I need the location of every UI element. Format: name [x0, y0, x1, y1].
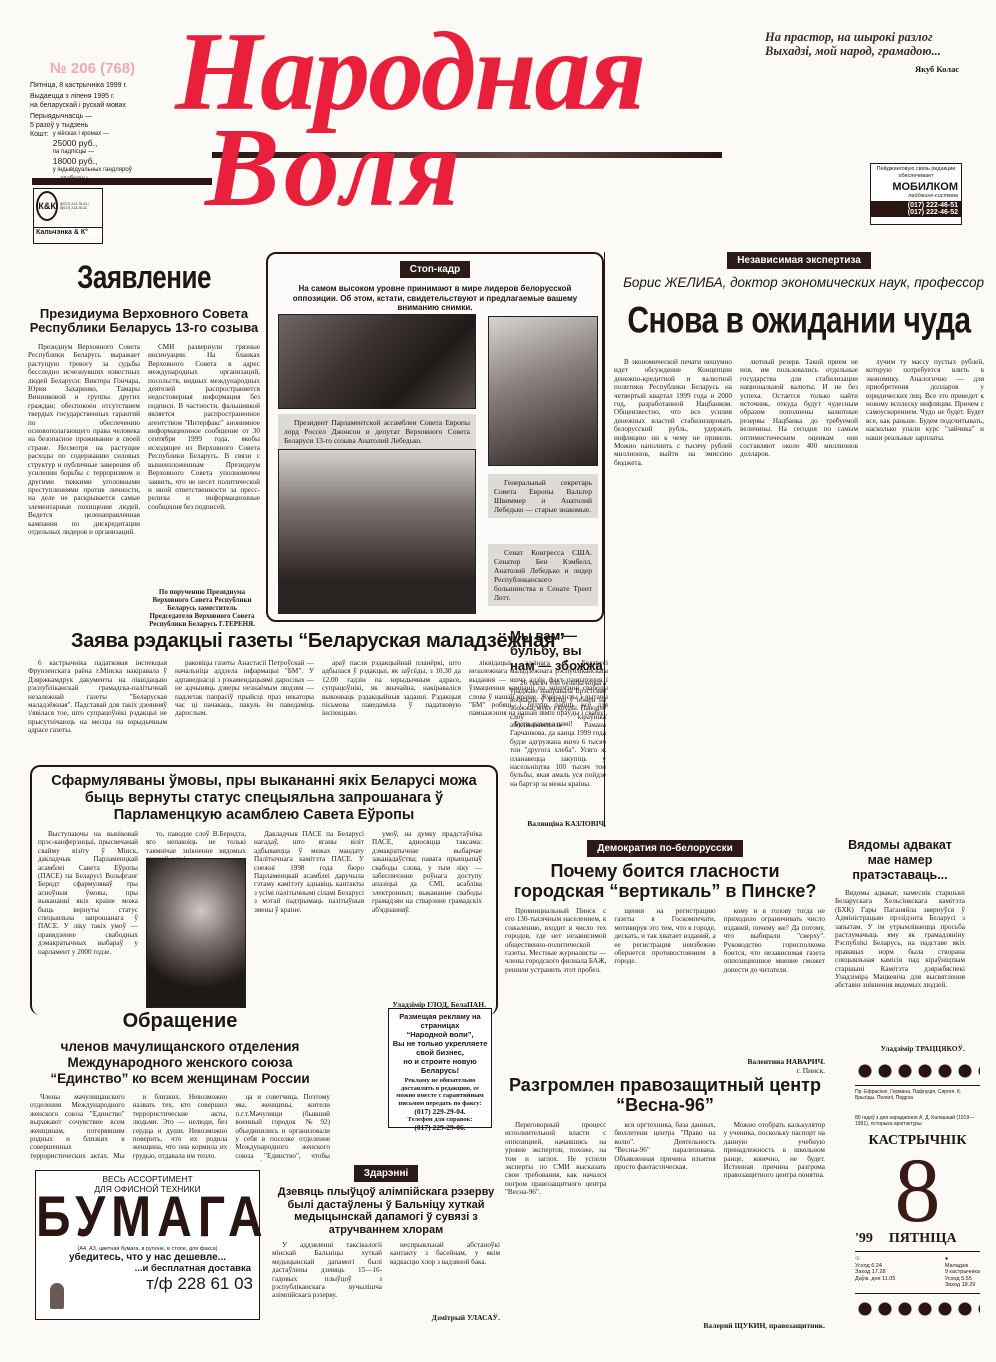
- calendar-year: '99: [855, 1231, 873, 1247]
- obrashchenie-col-3: ца и советчица. Поэтому мы, женщины, жит…: [235, 1093, 330, 1161]
- bumaga-phone: т/ф 228 61 03: [36, 1274, 259, 1294]
- calendar-names: Пр. Ефрасінні, Германа, Пафнуція, Сяргея…: [855, 1089, 980, 1101]
- calendar-day: 8: [855, 1149, 980, 1231]
- incident-col-1: У аддзяленні таксікалогіі мінскай Бальні…: [272, 1241, 382, 1313]
- article-pinsk: Демократия по-белорусски Почему боится г…: [505, 838, 825, 1075]
- expertise-author: Борис ЖЕЛИБА, доктор экономических наук,…: [614, 275, 984, 290]
- sponsor-box: К&К 8(017) 213-76-21 / 8(017) 213-76-11 …: [33, 188, 103, 244]
- ornament-top: [855, 1060, 980, 1082]
- price-label: Кошт:: [30, 130, 49, 184]
- caption-3: Сенат Конгресса США. Сенатор Бен Кэмбелл…: [488, 544, 598, 606]
- article-statement: Заявление Президиума Верховного Совета Р…: [28, 262, 260, 569]
- pager-ad: Пейджинговую связь редакции обеспечивает…: [870, 163, 962, 225]
- obrashchenie-col-1: Члены мачулищанского отделения Междунаро…: [30, 1093, 125, 1161]
- vesna-col-3: Можно отобрать калькулятор у ученика, по…: [724, 1121, 825, 1321]
- ad-promo-line1: Размещая рекламу на страницах: [392, 1012, 488, 1030]
- ad-promo-line4: но и строите новую Беларусь!: [392, 1057, 488, 1075]
- ad-promo-phone: (017) 229-29-06.: [392, 1123, 488, 1132]
- photo-johnson-lebedko: [278, 314, 476, 409]
- price-vendors: у індывідуальных гандляроў: [53, 166, 132, 175]
- molodezhnaya-col-1: 6 кастрычніка падатковая інспекцыя Фрунз…: [28, 659, 167, 761]
- statement-title: Заявление: [28, 258, 260, 297]
- angel-logo-icon: [50, 1283, 64, 1309]
- pinsk-col-2: щения на регистрацию газеты в Госкомпеча…: [614, 907, 715, 1057]
- vesna-col-1: Переговорный процесс исполнительной влас…: [505, 1121, 606, 1321]
- photo-berndt: [146, 858, 246, 1008]
- expertise-col-2: лютный резерв. Такой прием не нов, им по…: [740, 358, 858, 806]
- vesna-col-2: вся оргтехника, база данных, бюллетени ц…: [614, 1121, 715, 1321]
- bumaga-headline: БУМАГА: [36, 1189, 259, 1247]
- molodezhnaya-col-3: араў пасля рэдакцыйнай планёркі, што адб…: [322, 659, 461, 761]
- pinsk-kicker: Демократия по-белорусски: [587, 840, 743, 857]
- sponsor-phones: 8(017) 213-76-21 / 8(017) 213-76-11: [60, 202, 100, 210]
- stop-kadr-box: Стоп-кадр На самом высоком уровне приним…: [266, 252, 604, 622]
- incident-title: Дзевяць плыўцоў алімпійскага рэзерву был…: [272, 1186, 500, 1236]
- bulba-title: Мы вам — бульбу, вы нам — збожжа: [510, 628, 606, 673]
- expertise-col-1: В экономической печати нешумно идет обсу…: [614, 358, 732, 806]
- sun-info: ☉ Усход 6.24 Заход 17.28 Даўж. дня 11.05: [855, 1256, 895, 1289]
- pager-phone-2: (017) 222-46-52: [874, 209, 958, 216]
- calendar: Пр. Ефрасінні, Германа, Пафнуція, Сяргея…: [855, 1060, 980, 1320]
- price-block: Кошт: у кіёсках і кромах — 25000 руб., п…: [30, 130, 230, 184]
- bumaga-slogan2: ...и бесплатная доставка: [36, 1263, 259, 1274]
- ad-promo-line5: Рекламу не обязательно доставлять в реда…: [392, 1077, 488, 1107]
- article-pace: Сфармуляваны ўмовы, пры выкананні якіх Б…: [30, 765, 498, 1015]
- ad-promo-line3: Вы не только укрепляете свой бизнес,: [392, 1039, 488, 1057]
- article-vesna: Разгромлен правозащитный центр “Весна-96…: [505, 1075, 825, 1330]
- pager-brand: МОБИЛКОМ: [871, 181, 961, 193]
- stop-kadr-lead: На самом высоком уровне принимают в мире…: [268, 278, 602, 313]
- sponsor-name: Кальчэнка & К°: [34, 227, 102, 237]
- pinsk-author: Валентина НАВАРИЧ.: [505, 1057, 825, 1066]
- obrashchenie-col-2: и близких. Невозможно назвать тех, кто с…: [133, 1093, 228, 1161]
- pace-col-3: Дакладчык ПАСЕ па Беларусі нагадаў, што …: [254, 830, 364, 1015]
- bulba-body: 26 тысяч тон бульбы новага ўраджаю накір…: [510, 679, 606, 819]
- bumaga-line1: ВЕСЬ АССОРТИМЕНТ: [36, 1174, 259, 1184]
- ad-promo-phone-label: Телефон для справок:: [392, 1116, 488, 1123]
- pager-note: Пейджинговую связь редакции обеспечивает: [871, 164, 961, 181]
- incident-col-2: неспрыяльнай абстаноўкі кантакту з басей…: [390, 1241, 500, 1313]
- pinsk-col-3: кому и в голову тогда не приходило огран…: [724, 907, 825, 1057]
- price-kiosk-value: 25000 руб.,: [53, 139, 132, 148]
- caption-2: Генеральный секретарь Совета Европы Валь…: [488, 474, 598, 518]
- statement-col-2: СМИ развернули грязные инсинуации. На бл…: [148, 343, 260, 569]
- ad-promo-line2: “Народной воли”,: [392, 1030, 488, 1039]
- calendar-weekday: ПЯТНІЦА: [889, 1231, 957, 1247]
- article-expertise: Независимая экспертиза Борис ЖЕЛИБА, док…: [614, 250, 984, 806]
- masthead-rule-left: [32, 178, 212, 185]
- caption-1: Президент Парламентской ассамблеи Совета…: [278, 414, 476, 449]
- pinsk-place: г. Пинск.: [505, 1066, 825, 1075]
- ad-bumaga: ВЕСЬ АССОРТИМЕНТ ДЛЯ ОФИСНОЙ ТЕХНИКИ БУМ…: [35, 1170, 260, 1320]
- epigraph-author: Якуб Колас: [915, 64, 959, 74]
- pinsk-col-1: Провинциальный Пинск с его 130-тысячным …: [505, 907, 606, 1057]
- epigraph-line2: Выхадзі, мой народ, грамадою...: [765, 44, 985, 58]
- molodezhnaya-col-2: раковіцы газеты Анастасіі Петроўскай — н…: [175, 659, 314, 761]
- expertise-kicker: Независимая экспертиза: [727, 252, 871, 269]
- article-advocate: Вядомы адвакат мае намер пратэставаць...…: [835, 838, 965, 1053]
- vesna-author: Валерий ЩУКИН, правозащитник.: [505, 1321, 825, 1330]
- epigraph: На прастор, на шырокі разлог Выхадзі, мо…: [765, 30, 985, 58]
- pace-col-4: умоў, на думку прадстаўніка ПАСЕ, аднося…: [372, 830, 482, 1015]
- moon-info: ● Маладзік 9 кастрычніка Усход 5.55 Захо…: [945, 1256, 980, 1289]
- pace-col-1: Выступаючы на выніковай прэс-канферэнцыі…: [38, 830, 138, 1015]
- calendar-anniversary: 80 гадоў з дня нараджэння А. Д. Калашнай…: [855, 1115, 980, 1127]
- bumaga-slogan1: убедитесь, что у нас дешевле...: [36, 1252, 259, 1263]
- bulba-author: Валянціна КАЗЛОВІЧ.: [510, 819, 606, 828]
- photo-campbell-lott: [278, 449, 476, 614]
- pager-phone-1: (017) 222-46-51: [874, 202, 958, 209]
- statement-signature: По поручению Президиума Верховного Совет…: [140, 588, 264, 628]
- pinsk-title: Почему боится гласности городская “верти…: [505, 861, 825, 901]
- article-obrashchenie: Обращение членов мачулищанского отделени…: [30, 1010, 330, 1161]
- epigraph-line1: На прастор, на шырокі разлог: [765, 30, 985, 44]
- statement-col-1: Президиум Верховного Совета Республики Б…: [28, 343, 140, 569]
- pace-col-2: то, паводле слоў В.Берндта, яго непакоіц…: [146, 830, 246, 1015]
- stop-kadr-kicker: Стоп-кадр: [400, 261, 471, 278]
- price-sub-value: 18000 руб.,: [53, 157, 132, 166]
- expertise-col-3: лучим ту массу пустых рублей, которую по…: [866, 358, 984, 806]
- pager-sub: пейджинг-система: [871, 193, 961, 199]
- incident-kicker: Здарэнні: [354, 1165, 419, 1182]
- newspaper-title-line2: Воля: [205, 118, 464, 218]
- pace-title: Сфармуляваны ўмовы, пры выкананні якіх Б…: [32, 767, 496, 824]
- advocate-author: Уладзімір ТРАЦЦЯКОЎ.: [835, 1044, 965, 1053]
- sponsor-logo: К&К: [36, 191, 58, 221]
- statement-subtitle: Президиума Верховного Совета Республики …: [28, 307, 260, 335]
- ad-promo-box: Размещая рекламу на страницах “Народной …: [388, 1008, 492, 1128]
- ad-promo-fax: (017) 229-29-04.: [392, 1107, 488, 1116]
- photo-schwimmer-lebedko: [488, 316, 598, 466]
- advocate-body: Вядомы адвакат, намеснік старшыні Белару…: [835, 889, 965, 1044]
- expertise-title: Снова в ожидании чуда: [614, 300, 984, 343]
- vesna-title: Разгромлен правозащитный центр “Весна-96…: [505, 1075, 825, 1115]
- advocate-title: Вядомы адвакат мае намер пратэставаць...: [835, 838, 965, 883]
- obrashchenie-subtitle: членов мачулищанского отделения Междунар…: [30, 1039, 330, 1087]
- obrashchenie-title: Обращение: [30, 1010, 330, 1033]
- ornament-bottom: [855, 1298, 980, 1320]
- article-incident: Здарэнні Дзевяць плыўцоў алімпійскага рэ…: [272, 1163, 500, 1322]
- article-bulba: Мы вам — бульбу, вы нам — збожжа 26 тыся…: [510, 628, 606, 828]
- incident-author: Дзмітрый УЛАСАЎ.: [272, 1313, 500, 1322]
